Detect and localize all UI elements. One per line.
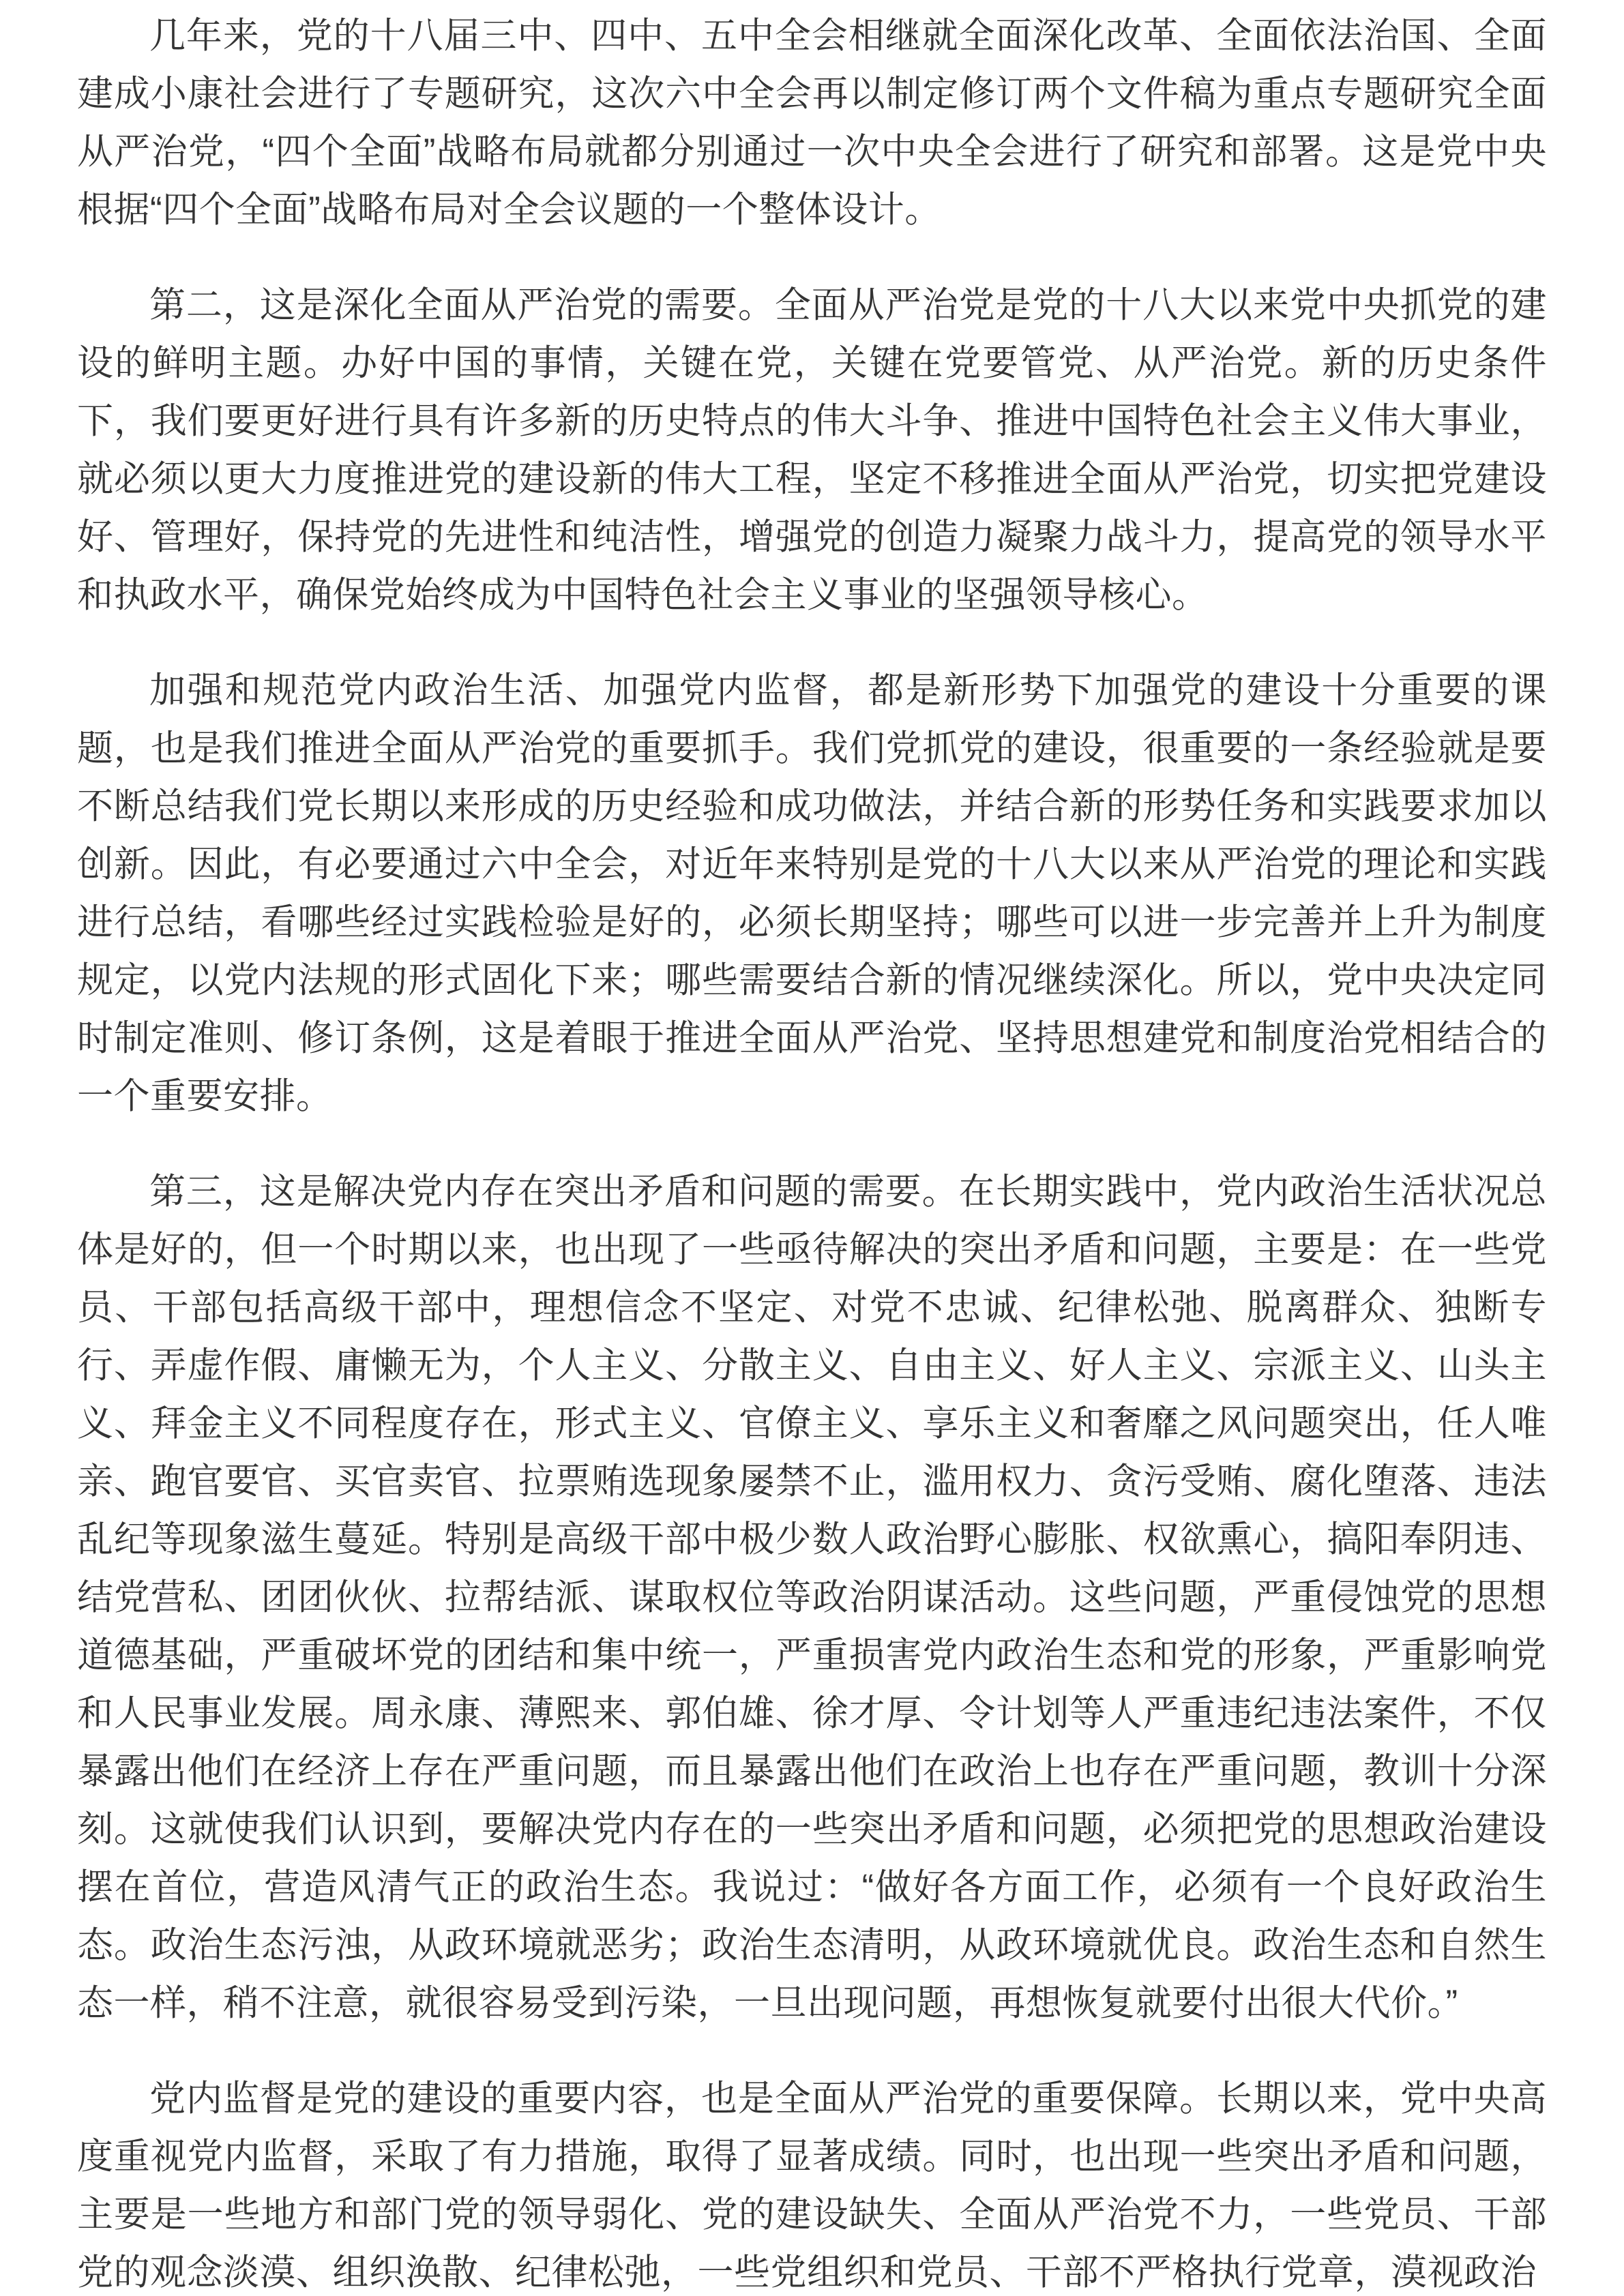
paragraph-4: 第三，这是解决党内存在突出矛盾和问题的需要。在长期实践中，党内政治生活状况总体是… — [77, 1163, 1547, 2032]
paragraph-3: 加强和规范党内政治生活、加强党内监督，都是新形势下加强党的建设十分重要的课题，也… — [77, 661, 1547, 1125]
paragraph-1: 几年来，党的十八届三中、四中、五中全会相继就全面深化改革、全面依法治国、全面建成… — [77, 7, 1547, 239]
document-page: 几年来，党的十八届三中、四中、五中全会相继就全面深化改革、全面依法治国、全面建成… — [0, 0, 1624, 2296]
paragraph-2: 第二，这是深化全面从严治党的需要。全面从严治党是党的十八大以来党中央抓党的建设的… — [77, 276, 1547, 624]
paragraph-5: 党内监督是党的建设的重要内容，也是全面从严治党的重要保障。长期以来，党中央高度重… — [77, 2070, 1547, 2296]
